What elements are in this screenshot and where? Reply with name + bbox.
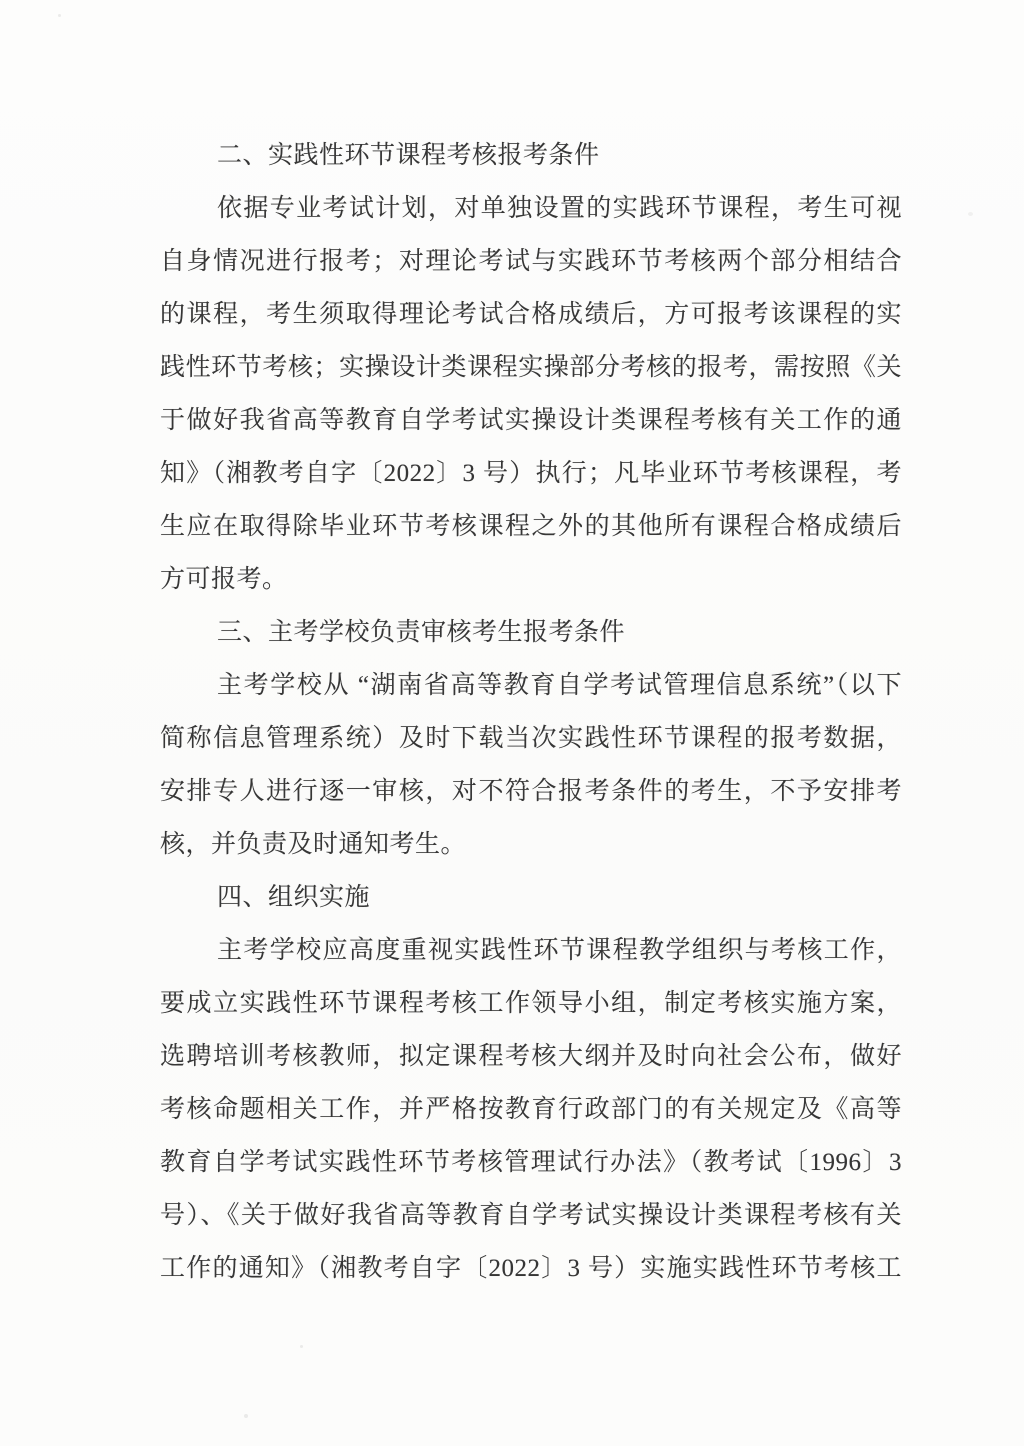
document-line: 号）、《关于做好我省高等教育自学考试实操设计类课程考核有关 [160, 1189, 902, 1242]
section-heading: 二、实践性环节课程考核报考条件 [160, 129, 902, 182]
document-line: 依据专业考试计划，对单独设置的实践环节课程，考生可视 [160, 182, 902, 235]
document-line: 主考学校应高度重视实践性环节课程教学组织与考核工作， [160, 924, 902, 977]
document-line: 要成立实践性环节课程考核工作领导小组，制定考核实施方案， [160, 977, 902, 1030]
document-line: 教育自学考试实践性环节考核管理试行办法》（教考试〔1996〕3 [160, 1136, 902, 1189]
section-heading: 四、组织实施 [160, 871, 902, 924]
document-line: 主考学校从 “湖南省高等教育自学考试管理信息系统”（以下 [160, 659, 902, 712]
document-text-block: 二、实践性环节课程考核报考条件 依据专业考试计划，对单独设置的实践环节课程，考生… [160, 129, 902, 1295]
document-line: 核，并负责及时通知考生。 [160, 818, 902, 871]
document-line: 简称信息管理系统）及时下载当次实践性环节课程的报考数据， [160, 712, 902, 765]
document-line: 自身情况进行报考；对理论考试与实践环节考核两个部分相结合 [160, 235, 902, 288]
document-line: 选聘培训考核教师，拟定课程考核大纲并及时向社会公布，做好 [160, 1030, 902, 1083]
document-line: 于做好我省高等教育自学考试实操设计类课程考核有关工作的通 [160, 394, 902, 447]
section-heading: 三、主考学校负责审核考生报考条件 [160, 606, 902, 659]
document-line: 工作的通知》（湘教考自字〔2022〕3 号）实施实践性环节考核工 [160, 1242, 902, 1295]
scan-speck [58, 14, 61, 17]
scan-speck [968, 212, 973, 216]
scan-speck [300, 1345, 303, 1348]
document-line: 的课程，考生须取得理论考试合格成绩后，方可报考该课程的实 [160, 288, 902, 341]
document-line: 知》（湘教考自字〔2022〕3 号）执行；凡毕业环节考核课程，考 [160, 447, 902, 500]
scan-speck [244, 1414, 248, 1418]
document-line: 生应在取得除毕业环节考核课程之外的其他所有课程合格成绩后 [160, 500, 902, 553]
document-line: 践性环节考核；实操设计类课程实操部分考核的报考，需按照《关 [160, 341, 902, 394]
document-page: 二、实践性环节课程考核报考条件 依据专业考试计划，对单独设置的实践环节课程，考生… [0, 0, 1024, 1446]
document-line: 方可报考。 [160, 553, 902, 606]
document-line: 安排专人进行逐一审核，对不符合报考条件的考生，不予安排考 [160, 765, 902, 818]
document-line: 考核命题相关工作，并严格按教育行政部门的有关规定及《高等 [160, 1083, 902, 1136]
